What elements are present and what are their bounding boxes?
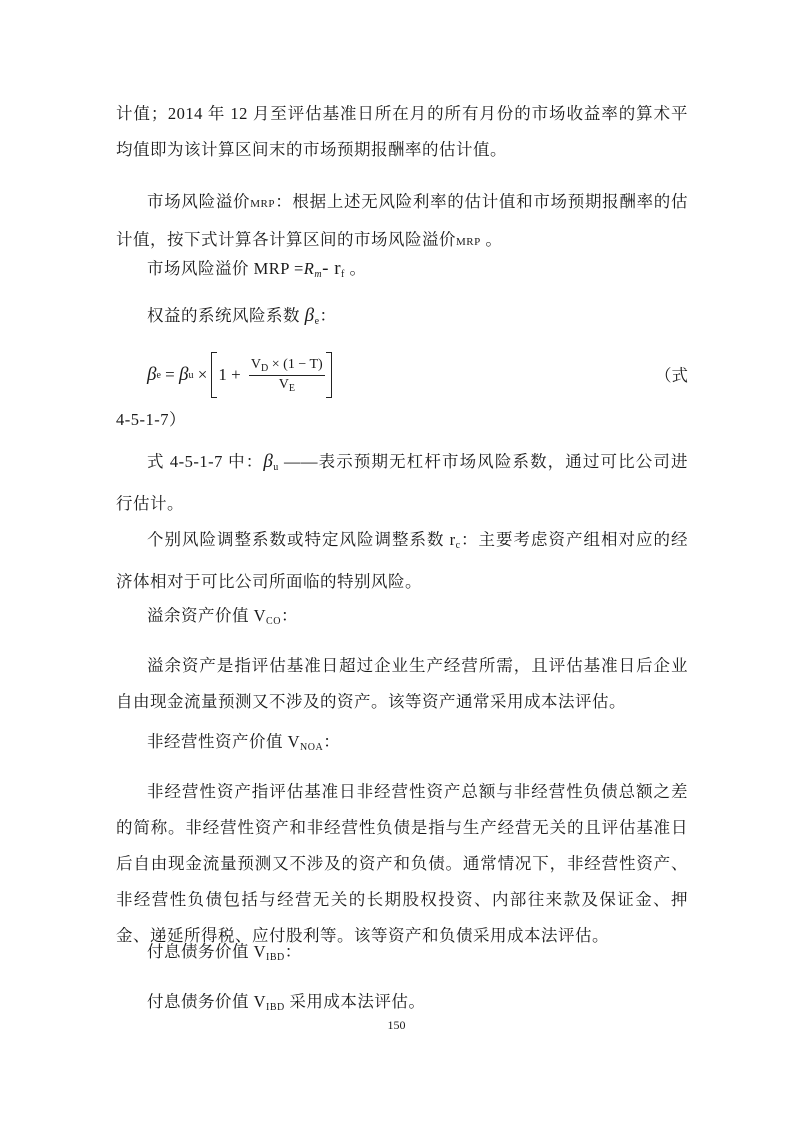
- document-page: 计值；2014 年 12 月至评估基准日所在月的所有月份的市场收益率的算术平均值…: [0, 0, 793, 1122]
- denominator: VE: [279, 376, 295, 394]
- heading-vnoa: 非经营性资产价值 VNOA：: [116, 724, 688, 766]
- subscript: NOA: [300, 742, 323, 753]
- subscript: IBD: [266, 952, 285, 963]
- text: 市场风险溢价: [147, 192, 250, 211]
- text: 溢余资产价值 V: [147, 606, 266, 625]
- paragraph-mrp-definition: 市场风险溢价MRP：根据上述无风险利率的估计值和市场预期报酬率的估计值，按下式计…: [116, 184, 688, 260]
- page-number: 150: [0, 1018, 793, 1033]
- subscript: m: [314, 269, 322, 280]
- text: ：: [285, 942, 302, 961]
- mrp-abbr: MRP: [456, 236, 481, 248]
- paragraph-vnoa: 非经营性资产指评估基准日非经营性资产总额与非经营性负债总额之差的简称。非经营性资…: [116, 774, 688, 954]
- text: 。: [481, 230, 503, 249]
- beta-symbol: β: [305, 305, 315, 326]
- subscript: CO: [266, 616, 281, 627]
- times: ×: [193, 365, 207, 385]
- text: V: [251, 357, 261, 372]
- text: 溢余资产是指评估基准日超过企业生产经营所需，且评估基准日后企业自由现金流量预测又…: [116, 656, 688, 711]
- paragraph-beta-e: 权益的系统风险系数 βe：: [116, 298, 688, 340]
- beta-symbol: β: [263, 451, 273, 472]
- text: ：: [281, 606, 298, 625]
- text: 4-5-1-7）: [116, 410, 186, 429]
- text: 非经营性资产价值 V: [147, 732, 300, 751]
- paragraph-vco: 溢余资产是指评估基准日超过企业生产经营所需，且评估基准日后企业自由现金流量预测又…: [116, 648, 688, 720]
- text: 市场风险溢价 MRP =: [147, 259, 304, 278]
- fraction: VD × (1 − T) VE: [249, 357, 325, 394]
- heading-vco: 溢余资产价值 VCO：: [116, 598, 688, 640]
- paragraph-beta-u: 式 4-5-1-7 中：βu ——表示预期无杠杆市场风险系数，通过可比公司进行估…: [116, 444, 688, 522]
- text: ：: [320, 306, 337, 325]
- text: V: [279, 377, 289, 392]
- text: 非经营性资产指评估基准日非经营性资产总额与非经营性负债总额之差的简称。非经营性资…: [116, 782, 688, 945]
- beta-formula: βe = βu × 1 + VD × (1 − T) VE: [147, 350, 332, 400]
- beta-symbol: β: [147, 364, 156, 386]
- text: × (1 − T): [268, 357, 322, 372]
- heading-vibd: 付息债务价值 VIBD：: [116, 934, 688, 976]
- text: 个别风险调整系数或特定风险调整系数 r: [147, 530, 456, 549]
- text: 付息债务价值 V: [147, 942, 266, 961]
- rm-symbol: R: [304, 259, 315, 278]
- beta-symbol: β: [179, 364, 188, 386]
- text: 采用成本法评估。: [285, 992, 426, 1011]
- equation-label: （式: [655, 362, 688, 386]
- text: 。: [345, 259, 367, 278]
- paragraph-market-return: 计值；2014 年 12 月至评估基准日所在月的所有月份的市场收益率的算术平均值…: [116, 96, 688, 168]
- subscript: E: [289, 383, 295, 394]
- paragraph-rc: 个别风险调整系数或特定风险调整系数 rc：主要考虑资产组相对应的经济体相对于可比…: [116, 522, 688, 600]
- subscript: IBD: [266, 1002, 285, 1013]
- equals: =: [161, 365, 179, 385]
- text: 计值；2014 年 12 月至评估基准日所在月的所有月份的市场收益率的算术平均值…: [116, 104, 688, 159]
- paragraph-mrp-formula: 市场风险溢价 MRP =Rm- rf 。: [116, 251, 688, 293]
- square-bracket: 1 + VD × (1 − T) VE: [211, 352, 331, 398]
- mrp-abbr: MRP: [250, 198, 275, 210]
- text: 权益的系统风险系数: [147, 306, 305, 325]
- rf-symbol: - r: [322, 258, 341, 279]
- text: 付息债务价值 V: [147, 992, 266, 1011]
- text: 式 4-5-1-7 中：: [147, 452, 263, 471]
- numerator: VD × (1 − T): [249, 357, 325, 376]
- one-plus: 1 +: [218, 365, 245, 385]
- text: ：: [323, 732, 340, 751]
- equation-label-continued: 4-5-1-7）: [116, 402, 688, 438]
